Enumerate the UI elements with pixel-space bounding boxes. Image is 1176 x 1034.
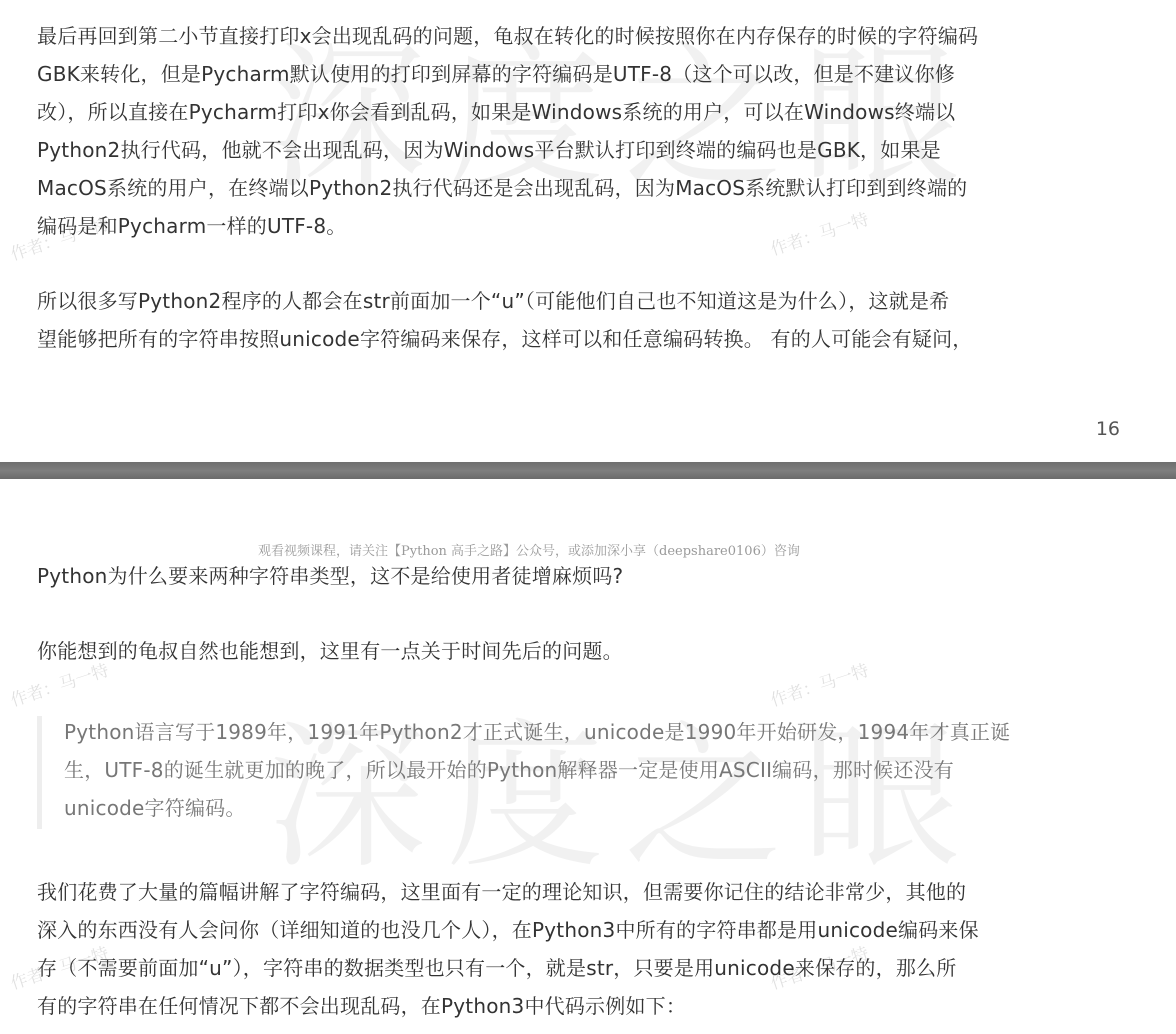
page-separator — [0, 462, 1176, 479]
body-paragraph: 你能想到的龟叔自然也能想到，这里有一点关于时间先后的问题。 — [37, 632, 1127, 670]
body-paragraph: Python为什么要来两种字符串类型，这不是给使用者徒增麻烦吗? — [37, 557, 1127, 595]
document-page-17: 深度之眼 作者：马一特 作者：马一特 作者：马一特 作者：马一特 观看视频课程，… — [0, 479, 1176, 1034]
body-paragraph: 我们花费了大量的篇幅讲解了字符编码，这里面有一定的理论知识，但需要你记住的结论非… — [37, 873, 1127, 1025]
document-page-16: 深度之眼 作者：马一特 作者：马一特 最后再回到第二小节直接打印x会出现乱码的问… — [0, 0, 1176, 462]
page-number: 16 — [1096, 418, 1120, 440]
body-paragraph: 所以很多写Python2程序的人都会在str前面加一个“u”（可能他们自己也不知… — [37, 282, 1127, 358]
blockquote-text: Python语言写于1989年，1991年Python2才正式诞生，unicod… — [64, 713, 1154, 827]
blockquote: Python语言写于1989年，1991年Python2才正式诞生，unicod… — [37, 716, 1132, 829]
body-paragraph: 最后再回到第二小节直接打印x会出现乱码的问题，龟叔在转化的时候按照你在内存保存的… — [37, 17, 1127, 245]
